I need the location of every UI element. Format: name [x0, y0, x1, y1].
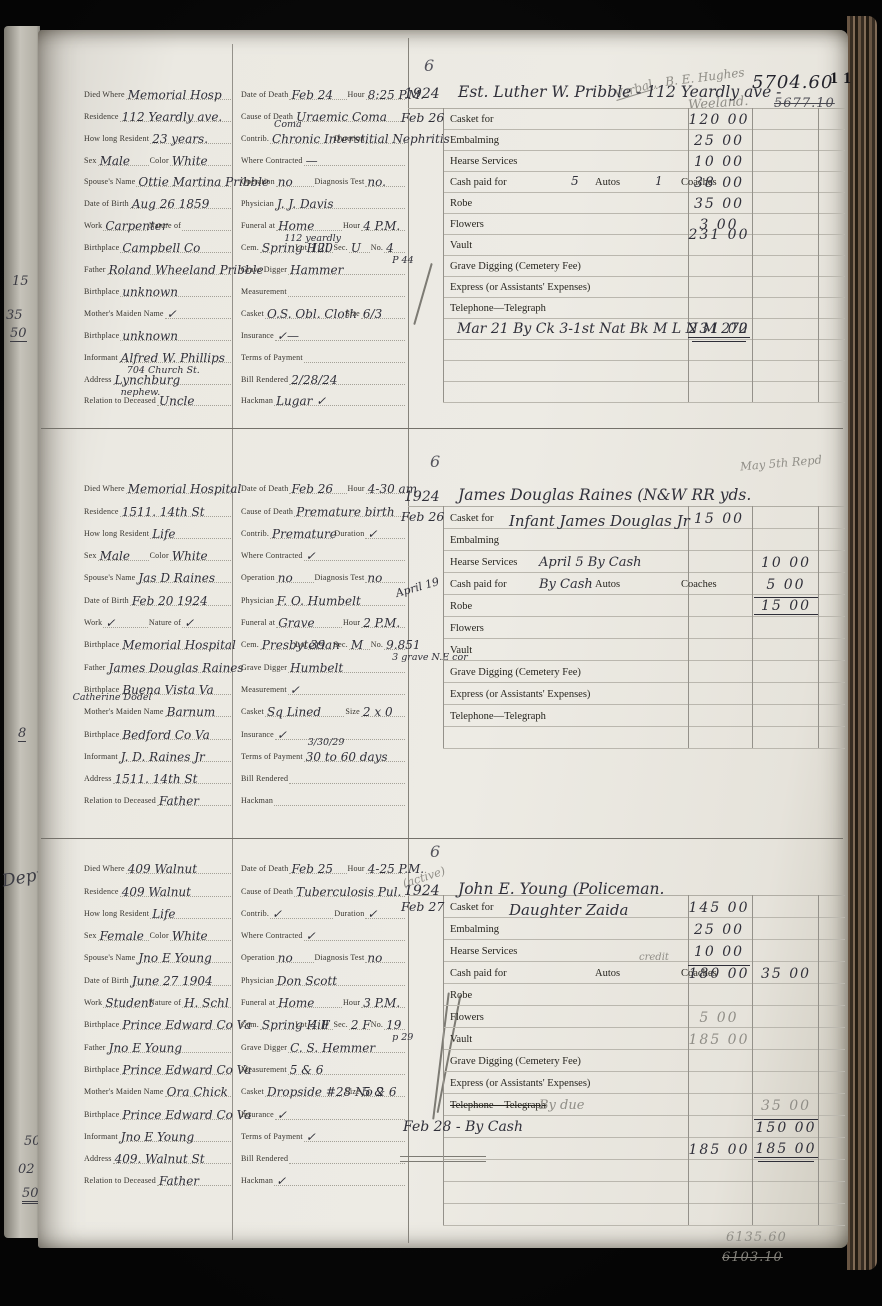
field-label: Relation to Deceased: [84, 396, 156, 406]
billing-row: Vault: [443, 638, 845, 660]
field-label: Birthplace: [84, 730, 119, 740]
field-line: J. J. Davis: [275, 195, 405, 209]
billing-row: Flowers: [443, 616, 845, 638]
field-label: Casket: [241, 1087, 264, 1097]
form-left-cell: Relation to DeceasedFather: [84, 1164, 232, 1186]
amount: 145 00: [688, 900, 750, 916]
field-label: Contrib.: [241, 529, 269, 539]
form-left-cell: How long Resident23 years.: [84, 122, 232, 144]
form-row: FatherRoland Wheeland PribbleGrave Digge…: [84, 253, 406, 275]
billing-label: Embalming: [450, 135, 499, 146]
form-left-cell: BirthplacePrince Edward Co Va: [84, 1008, 232, 1030]
amount: 5 00: [688, 1010, 750, 1026]
field-line: Home: [276, 994, 342, 1008]
field-line: Home112 yeardly: [276, 217, 342, 231]
form-row: Date of BirthAug 26 1859PhysicianJ. J. D…: [84, 188, 406, 210]
form-row: FatherJames Douglas RainesGrave DiggerHu…: [84, 650, 406, 672]
field-line: 3 P.M.: [361, 994, 405, 1008]
field-line: Lynchburgnephew.: [113, 371, 231, 385]
field-line: 409. Walnut St: [113, 1150, 231, 1164]
field-line: 8:25 P.M.: [366, 86, 405, 100]
billing-label: Express (or Assistants' Expenses): [450, 282, 590, 293]
field-label: Cause of Death: [241, 887, 293, 897]
field-line: Spring Hill: [260, 239, 294, 253]
amount: 35 00: [688, 196, 750, 212]
billing-row: Vault231 00: [443, 234, 845, 255]
field-line: F. O. Humbelt: [275, 592, 405, 606]
field-label: Bill Rendered: [241, 375, 288, 385]
field-label: Birthplace: [84, 243, 119, 253]
field-label: Operation: [241, 573, 275, 583]
form-right-cell: Cause of DeathTuberculosis Pul.: [241, 874, 406, 896]
form-right-cell: Cause of DeathPremature birth: [241, 494, 406, 516]
field-line: June 27 1904: [130, 972, 231, 986]
form-left-cell: Date of BirthAug 26 1859: [84, 188, 232, 210]
form-row: BirthplaceMemorial HospitalCem.Presbyter…: [84, 628, 406, 650]
form-right-cell: PhysicianJ. J. Davis: [241, 188, 406, 210]
amount: 10 00: [688, 154, 750, 170]
field-line: 120: [308, 239, 333, 253]
field-label: Sex: [84, 156, 97, 166]
amount: 38 00: [688, 175, 750, 191]
billing-row-rule: [443, 748, 845, 749]
form-row: AddressLynchburgnephew.Bill Rendered2/28…: [84, 363, 406, 385]
billing-row: Express (or Assistants' Expenses): [443, 1071, 845, 1093]
form-right-cell: Grave DiggerC. S. Hemmer: [241, 1030, 406, 1052]
form-left-cell: Date of BirthJune 27 1904: [84, 964, 232, 986]
field-label: Where Contracted: [241, 931, 303, 941]
field-line: Campbell Co: [120, 239, 231, 253]
field-label: No.: [371, 243, 383, 253]
field-line: unknown: [120, 283, 231, 297]
form-right-cell: Bill Rendered: [241, 1142, 406, 1164]
field-label: Funeral at: [241, 221, 275, 231]
payment-handwriting: Feb 28 - By Cash: [403, 1119, 523, 1135]
form-row: BirthplaceunknownInsurance✓—: [84, 319, 406, 341]
billing-label: Grave Digging (Cemetery Fee): [450, 261, 581, 272]
form-right-cell: Hackman✓: [241, 1164, 406, 1186]
form-left-cell: Birthplaceunknown: [84, 319, 232, 341]
field-label: Mother's Maiden Name: [84, 309, 164, 319]
form-left-cell: FatherRoland Wheeland Pribble: [84, 253, 232, 275]
form-right-cell: Grave DiggerHumbelt: [241, 650, 406, 672]
field-line: Memorial Hospital: [120, 636, 231, 650]
field-line: no: [276, 949, 314, 963]
field-line: Father: [157, 792, 231, 806]
field-line: White: [170, 152, 231, 166]
form-right-cell: CasketDropside #28 No 2Size5 & 6: [241, 1075, 406, 1097]
form-left-cell: Died Where409 Walnut: [84, 852, 232, 874]
form-left-cell: BirthplacePrince Edward Co Va: [84, 1053, 232, 1075]
form-left-cell: SexMaleColorWhite: [84, 539, 232, 561]
billing-label: Express (or Assistants' Expenses): [450, 1078, 590, 1089]
field-line: ✓: [304, 927, 405, 941]
form-row: Spouse's NameJas D RainesOperationnoDiag…: [84, 561, 406, 583]
form-left-cell: InformantJ. D. Raines Jr: [84, 740, 232, 762]
field-line: [289, 1150, 405, 1164]
page-total-crossed: 6103.10: [722, 1250, 783, 1265]
field-line: Jno E Young: [107, 1039, 231, 1053]
field-label: Hackman: [241, 396, 273, 406]
form-row: BirthplaceCampbell CoCem.Spring HillLot1…: [84, 231, 406, 253]
amount: 231 00: [688, 321, 750, 338]
form-row: SexMaleColorWhiteWhere Contracted—: [84, 144, 406, 166]
field-line: Sq Lined: [265, 703, 344, 717]
double-underline: [758, 1161, 814, 1162]
billing-label: Embalming: [450, 535, 499, 546]
field-label: Cem.: [241, 640, 259, 650]
field-line: Don Scott: [275, 972, 405, 986]
form-right-cell: Where Contracted—: [241, 144, 406, 166]
field-note-above: 3/30/29: [308, 737, 345, 748]
field-line: J. D. Raines Jr: [119, 748, 231, 762]
form-left-cell: BirthplaceBedford Co Va: [84, 717, 232, 739]
field-label: Cem.: [241, 1020, 259, 1030]
payment-row: Mar 21 By Ck 3-1st Nat Bk M L N M 272231…: [443, 318, 845, 339]
form-row: Relation to DeceasedFatherHackman✓: [84, 1164, 406, 1186]
amount: 231 00: [688, 227, 750, 243]
form-left-cell: BirthplacePrince Edward Co Va: [84, 1097, 232, 1119]
billing-row: Express (or Assistants' Expenses): [443, 682, 845, 704]
field-label: Insurance: [241, 1110, 274, 1120]
field-line: Bedford Co Va: [120, 726, 231, 740]
field-label: Terms of Payment: [241, 1132, 303, 1142]
amount: 185 00: [688, 1142, 750, 1158]
field-line: Prince Edward Co Va: [120, 1061, 231, 1075]
form-row: Spouse's NameJno E YoungOperationnoDiagn…: [84, 941, 406, 963]
field-line: Male: [98, 152, 149, 166]
field-label: Mother's Maiden Name: [84, 1087, 164, 1097]
margin-note: 50: [10, 326, 27, 342]
form-left-cell: Spouse's NameOttie Martina Pribble: [84, 166, 232, 188]
billing-label: Embalming: [450, 924, 499, 935]
field-label: Work: [84, 998, 102, 1008]
field-label: How long Resident: [84, 134, 149, 144]
form-right-cell: Cem.Spring HillLot4 FSec.2 FNo.19p 29: [241, 1008, 406, 1030]
field-label: Relation to Deceased: [84, 796, 156, 806]
field-line: 2 F: [349, 1016, 370, 1030]
field-line: 112 Yeardly ave.: [120, 108, 231, 122]
billing-row: Cash paid forAutosCoachescredit180 0035 …: [443, 961, 845, 983]
form-row: How long ResidentLifeContrib.✓Duration✓: [84, 897, 406, 919]
field-line: Humbelt: [288, 659, 405, 673]
field-line: 19p 29: [384, 1016, 405, 1030]
field-line: ✓: [304, 547, 405, 561]
form-right-cell: Where Contracted✓: [241, 919, 406, 941]
form-row: Mother's Maiden Name✓CasketO.S. Obl. Clo…: [84, 297, 406, 319]
pencil-check-slash: [413, 263, 433, 325]
amount: 35 00: [754, 1098, 818, 1114]
field-label: Color: [150, 931, 169, 941]
billing-row: Casket for120 00: [443, 108, 845, 129]
field-line: Female: [98, 927, 149, 941]
billing-row: Robe35 00: [443, 192, 845, 213]
amount: 10 00: [754, 555, 818, 571]
field-line: Life: [150, 525, 231, 539]
field-line: Roland Wheeland Pribble: [107, 261, 231, 275]
field-line: 39: [308, 636, 333, 650]
billing-row-rule: [443, 726, 845, 727]
field-line: Grave: [276, 614, 342, 628]
field-label: Date of Death: [241, 864, 288, 874]
amount: 180 00: [688, 965, 750, 982]
billing-label: Telephone—Telegraph: [450, 711, 546, 722]
billing-row: Flowers5 00: [443, 1005, 845, 1027]
field-line: H. Schl: [182, 994, 231, 1008]
form-right-cell: Date of DeathFeb 26Hour4-30 am: [241, 472, 406, 494]
field-label: Duration: [334, 909, 364, 919]
field-label: Date of Death: [241, 484, 288, 494]
billing-row: Telephone—Telegraph: [443, 297, 845, 318]
totals-row: 185 00185 00: [443, 1137, 845, 1159]
billing-label: Grave Digging (Cemetery Fee): [450, 667, 581, 678]
form-left-cell: Birthplaceunknown: [84, 275, 232, 297]
form-row: SexMaleColorWhiteWhere Contracted✓: [84, 539, 406, 561]
pencil-annotation: May 5th Repd: [740, 452, 823, 473]
field-line: Spring Hill: [260, 1016, 294, 1030]
field-line: 4 F: [308, 1016, 333, 1030]
field-line: Carpenter: [103, 217, 147, 231]
field-label: Informant: [84, 1132, 118, 1142]
form-left-cell: Mother's Maiden NameBarnumCatherine Dode…: [84, 695, 232, 717]
field-line: ✓: [365, 525, 405, 539]
billing-row-rule: [443, 381, 845, 382]
field-line: Uncle: [157, 392, 231, 406]
field-label: Address: [84, 774, 112, 784]
form-row: InformantAlfred W. Phillips704 Church St…: [84, 341, 406, 363]
form-row: Died WhereMemorial HospDate of DeathFeb …: [84, 78, 406, 100]
field-label: Birthplace: [84, 640, 119, 650]
field-label: Operation: [241, 177, 275, 187]
form-row: BirthplacePrince Edward Co VaMeasurement…: [84, 1053, 406, 1075]
amount: 185 00: [688, 1032, 750, 1048]
field-line: 30 to 60 days3/30/29: [304, 748, 405, 762]
field-label: Informant: [84, 752, 118, 762]
field-line: Memorial Hosp: [126, 86, 231, 100]
field-label: Size: [345, 309, 360, 319]
billing-row: Flowers3 00: [443, 213, 845, 234]
billing-label: Vault: [450, 645, 472, 656]
billing-row: Embalming25 00: [443, 917, 845, 939]
billing-overlay-handwriting: By due: [539, 1098, 584, 1113]
billing-label: Express (or Assistants' Expenses): [450, 689, 590, 700]
page-number: 11: [830, 70, 857, 88]
field-line: 1511. 14th St: [120, 503, 231, 517]
field-label: Hour: [348, 484, 365, 494]
billing-row: Casket forDaughter Zaida145 00: [443, 895, 845, 917]
form-left-cell: Died WhereMemorial Hosp: [84, 78, 232, 100]
form-row: BirthplacePrince Edward Co VaInsurance✓: [84, 1097, 406, 1119]
form-row: Date of BirthFeb 20 1924PhysicianF. O. H…: [84, 584, 406, 606]
amount: 35 00: [754, 966, 818, 982]
payment-row: Feb 28 - By Cash150 00: [443, 1115, 845, 1137]
field-line: ✓: [304, 1128, 405, 1142]
field-label: Mother's Maiden Name: [84, 707, 164, 717]
field-line: 2/28/24: [289, 371, 405, 385]
field-line: Premature: [270, 525, 333, 539]
billing-label: Telephone—Telegraph: [450, 303, 546, 314]
form-row: Mother's Maiden NameOra ChickCasketDrops…: [84, 1075, 406, 1097]
billing-label: Casket for: [450, 902, 493, 913]
form-left-cell: Address1511. 14th St: [84, 762, 232, 784]
billing-label: Robe: [450, 198, 472, 209]
form-right-cell: Measurement5 & 6: [241, 1053, 406, 1075]
form-row: InformantJ. D. Raines JrTerms of Payment…: [84, 740, 406, 762]
form-right-cell: Grave DiggerHammer: [241, 253, 406, 275]
previous-page-edge: 1535508Dept500250: [4, 26, 40, 1238]
field-line: James Douglas Raines: [107, 659, 231, 673]
billing-label: Telephone—Telegraph: [450, 1100, 546, 1111]
amount: 25 00: [688, 922, 750, 938]
field-value-handwriting: ✓: [276, 1174, 286, 1188]
field-label: Nature of: [149, 998, 181, 1008]
billing-overlay-handwriting: April 5 By Cash: [539, 555, 642, 570]
field-label: Contrib.: [241, 134, 269, 144]
margin-note: 02: [18, 1162, 35, 1177]
form-right-cell: OperationnoDiagnosis Testno: [241, 561, 406, 583]
field-line: Tuberculosis Pul.: [294, 883, 405, 897]
field-label: Hour: [343, 618, 360, 628]
field-label: Physician: [241, 976, 274, 986]
form-right-cell: Funeral atGraveHour2 P.M.: [241, 606, 406, 628]
field-line: O.S. Obl. Cloth: [265, 305, 344, 319]
field-label: Measurement: [241, 287, 287, 297]
billing-row: Robe15 00: [443, 594, 845, 616]
field-label: Lot: [295, 1020, 307, 1030]
form-row: Work✓Nature of✓Funeral atGraveHour2 P.M.: [84, 606, 406, 628]
entry-year: 1924: [404, 489, 440, 505]
field-line: Ora Chick: [165, 1083, 231, 1097]
form-right-cell: OperationnoDiagnosis Testno.: [241, 166, 406, 188]
field-line: no: [365, 569, 405, 583]
form-right-cell: Cem.PresbyterianLot39Sec.MNo.9.8513 grav…: [241, 628, 406, 650]
billing-row: Telephone—TelegraphBy due35 00: [443, 1093, 845, 1115]
form-right-cell: Cause of DeathUraemic Coma: [241, 100, 406, 122]
form-left-cell: Died WhereMemorial Hospital: [84, 472, 232, 494]
billing-row: Vault185 00: [443, 1027, 845, 1049]
field-line: [365, 130, 405, 144]
billing-row-rule: [443, 1225, 845, 1226]
field-label: Residence: [84, 887, 119, 897]
form-row: Relation to DeceasedFatherHackman: [84, 784, 406, 806]
form-left-cell: InformantJno E Young: [84, 1120, 232, 1142]
billing-row: Grave Digging (Cemetery Fee): [443, 255, 845, 276]
field-line: U: [349, 239, 370, 253]
form-left-cell: WorkStudentNature ofH. Schl: [84, 986, 232, 1008]
form-left-cell: Address409. Walnut St: [84, 1142, 232, 1164]
field-label: Relation to Deceased: [84, 1176, 156, 1186]
form-right-cell: PhysicianDon Scott: [241, 964, 406, 986]
form-left-cell: Work✓Nature of✓: [84, 606, 232, 628]
field-line: Chronic Interstitial NephritisComa: [270, 130, 333, 144]
field-label: Work: [84, 221, 102, 231]
field-label: Bill Rendered: [241, 1154, 288, 1164]
field-label: Birthplace: [84, 331, 119, 341]
field-label: Cem.: [241, 243, 259, 253]
field-label: Hackman: [241, 796, 273, 806]
field-label: Diagnosis Test: [315, 177, 365, 187]
field-label: Hackman: [241, 1176, 273, 1186]
billing-label: Hearse Services: [450, 156, 517, 167]
check-mark-6: 6: [424, 56, 434, 75]
form-left-cell: Mother's Maiden NameOra Chick: [84, 1075, 232, 1097]
form-right-cell: Insurance✓: [241, 1097, 406, 1119]
form-left-cell: Date of BirthFeb 20 1924: [84, 584, 232, 606]
billing-label: Grave Digging (Cemetery Fee): [450, 1056, 581, 1067]
form-left-cell: BirthplaceCampbell Co: [84, 231, 232, 253]
scanned-ledger-page: 1535508Dept500250 Verbal, B. E. Hughes W…: [0, 0, 882, 1306]
billing-row: Embalming25 00: [443, 129, 845, 150]
field-label: No.: [371, 1020, 383, 1030]
form-left-cell: Spouse's NameJas D Raines: [84, 561, 232, 583]
billing-row: Cash paid forAutosCoaches5138 00: [443, 171, 845, 192]
field-label: Birthplace: [84, 1110, 119, 1120]
entry-date: Feb 26: [401, 110, 444, 125]
field-line: Memorial Hospital: [126, 480, 231, 494]
field-label: Where Contracted: [241, 156, 303, 166]
field-line: ✓—: [275, 327, 405, 341]
form-left-cell: BirthplaceMemorial Hospital: [84, 628, 232, 650]
field-label: Diagnosis Test: [315, 573, 365, 583]
field-line: ✓: [365, 905, 405, 919]
billing-label: Hearse Services: [450, 557, 517, 568]
field-line: Lugar ✓: [274, 392, 405, 406]
coaches-count: 1: [655, 174, 663, 188]
field-label: Funeral at: [241, 998, 275, 1008]
field-line: ✓: [274, 1172, 405, 1186]
form-row: BirthplacePrince Edward Co VaCem.Spring …: [84, 1008, 406, 1030]
field-label: Sec.: [334, 640, 348, 650]
entry-date: Feb 27: [401, 899, 444, 914]
amount: 10 00: [688, 944, 750, 960]
field-line: Presbyterian: [260, 636, 294, 650]
form-right-cell: Hackman: [241, 784, 406, 806]
form-right-cell: Terms of Payment30 to 60 days3/30/29: [241, 740, 406, 762]
billing-label: Cash paid for: [450, 177, 507, 188]
form-row: FatherJno E YoungGrave DiggerC. S. Hemme…: [84, 1030, 406, 1052]
billing-row-rule: [443, 402, 845, 403]
field-line: Student: [103, 994, 147, 1008]
billing-row-rule: [443, 360, 845, 361]
form-right-cell: Contrib.PrematureDuration✓: [241, 517, 406, 539]
billing-row: Telephone—Telegraph: [443, 704, 845, 726]
field-line: Jno E Young: [119, 1128, 231, 1142]
form-row: How long Resident23 years.Contrib.Chroni…: [84, 122, 406, 144]
field-label: Measurement: [241, 685, 287, 695]
field-label: Birthplace: [84, 1065, 119, 1075]
form-row: How long ResidentLifeContrib.PrematureDu…: [84, 517, 406, 539]
field-label: Duration: [334, 529, 364, 539]
page-total-pencil: 6135.60: [726, 1230, 787, 1245]
record-divider: [41, 428, 843, 429]
field-line: White: [170, 547, 231, 561]
margin-note: 8: [18, 726, 26, 742]
field-label: Lot: [295, 243, 307, 253]
form-row: BirthplaceunknownMeasurement: [84, 275, 406, 297]
billing-label: Casket for: [450, 513, 493, 524]
field-line: no: [276, 173, 314, 187]
billing-row-rule: [443, 1159, 845, 1160]
field-line: ✓: [103, 614, 147, 628]
form-left-cell: FatherJno E Young: [84, 1030, 232, 1052]
margin-note: 15: [12, 274, 29, 289]
form-right-cell: Measurement: [241, 275, 406, 297]
field-label: Casket: [241, 309, 264, 319]
field-label: Contrib.: [241, 909, 269, 919]
field-label: Address: [84, 375, 112, 385]
field-line: 2 x 0: [361, 703, 405, 717]
field-line: unknown: [120, 327, 231, 341]
